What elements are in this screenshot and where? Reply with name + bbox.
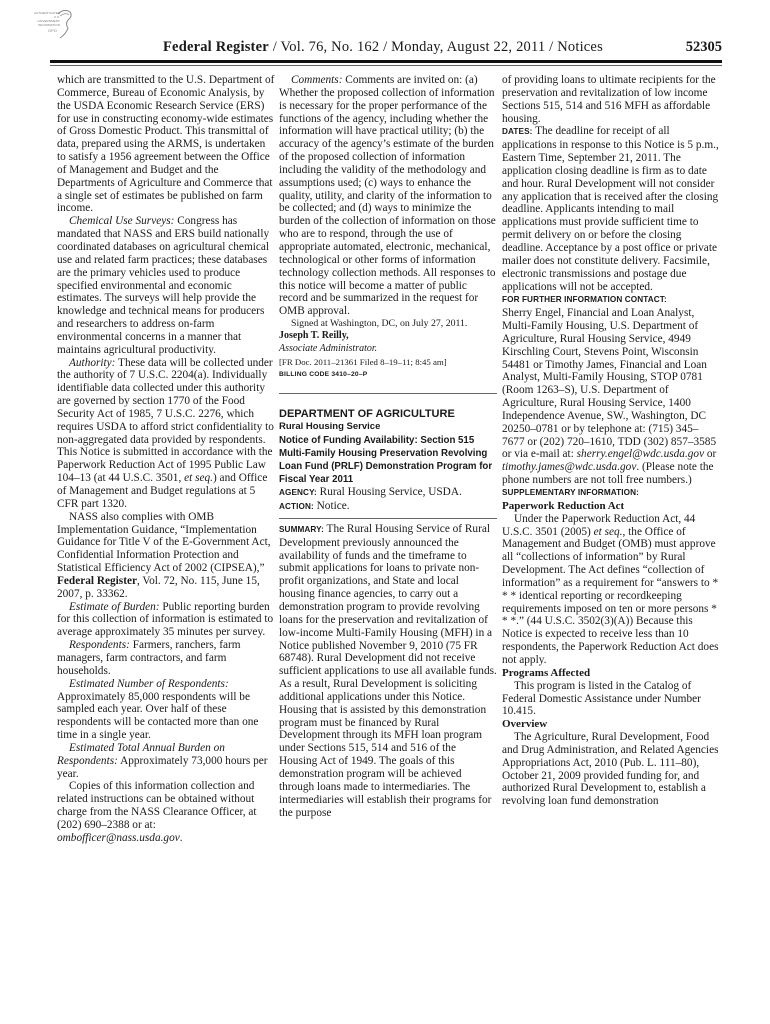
email-link[interactable]: sherry.engel@wdc.usda.gov [577, 448, 704, 460]
paragraph-omb-guidance: NASS also complies with OMB Implementati… [57, 511, 275, 601]
text: or [704, 448, 716, 460]
publication-name: Federal Register [163, 39, 269, 55]
paragraph-continued: of providing loans to ultimate recipient… [502, 74, 720, 125]
header-rule-thick [50, 60, 722, 63]
header-rule-thin [50, 65, 722, 66]
federal-register-ref: Federal Register [57, 575, 137, 587]
label: DATES: [502, 127, 532, 136]
signed-line: Signed at Washington, DC, on July 27, 20… [279, 318, 497, 330]
paragraph-summary: SUMMARY: The Rural Housing Service of Ru… [279, 523, 497, 819]
text: Rural Housing Service, USDA. [317, 486, 462, 498]
text: These data will be collected under the a… [57, 357, 274, 485]
label: Estimate of Burden: [69, 601, 160, 613]
summary-divider [279, 518, 497, 519]
text: The Rural Housing Service of Rural Devel… [279, 523, 497, 819]
agency-heading: Rural Housing Service [279, 421, 497, 434]
label: Estimated Number of Respondents: [69, 678, 229, 690]
gpo-authenticated-logo: AUTHENTICATED U.S. GOVERNMENT INFORMATIO… [34, 6, 78, 42]
paragraph-number-respondents: Estimated Number of Respondents: Approxi… [57, 678, 275, 742]
et-seq: et seq. [184, 472, 213, 484]
header-title: Federal Register / Vol. 76, No. 162 / Mo… [163, 39, 603, 56]
text: . [180, 832, 183, 844]
fr-doc-number: [FR Doc. 2011–21361 Filed 8–19–11; 8:45 … [279, 356, 497, 369]
paragraph-comments: Comments: Comments are invited on: (a) W… [279, 74, 497, 318]
text: NASS also complies with OMB Implementati… [57, 511, 271, 574]
eagle-icon [56, 8, 74, 40]
paragraph-annual-burden: Estimated Total Annual Burden on Respond… [57, 742, 275, 781]
label: SUMMARY: [279, 525, 324, 534]
text: Sherry Engel, Financial and Loan Analyst… [502, 307, 716, 460]
paragraph-dates: DATES: The deadline for receipt of all a… [502, 125, 720, 293]
text: Congress has mandated that NASS and ERS … [57, 215, 269, 355]
paragraph: which are transmitted to the U.S. Depart… [57, 74, 275, 215]
paragraph-chemical-use: Chemical Use Surveys: Congress has manda… [57, 215, 275, 356]
paragraph-programs: This program is listed in the Catalog of… [502, 680, 720, 719]
document-page: AUTHENTICATED U.S. GOVERNMENT INFORMATIO… [0, 0, 770, 1024]
agency-line: AGENCY: Rural Housing Service, USDA. [279, 486, 497, 500]
paragraph-authority: Authority: These data will be collected … [57, 357, 275, 511]
text: The deadline for receipt of all applicat… [502, 125, 719, 292]
department-heading: DEPARTMENT OF AGRICULTURE [279, 408, 497, 421]
column-middle: Comments: Comments are invited on: (a) W… [279, 74, 497, 819]
label: ACTION: [279, 502, 314, 511]
action-line: ACTION: Notice. [279, 500, 497, 514]
paragraph-respondents: Respondents: Farmers, ranchers, farm man… [57, 639, 275, 678]
label: Respondents: [69, 639, 130, 651]
supplementary-label: SUPPLEMENTARY INFORMATION: [502, 487, 720, 500]
email-link[interactable]: timothy.james@wdc.usda.gov [502, 461, 636, 473]
label: FOR FURTHER INFORMATION CONTACT: [502, 295, 667, 304]
email-link[interactable]: ombofficer@nass.usda.gov [57, 832, 180, 844]
text: Copies of this information collection an… [57, 780, 257, 831]
page-number: 52305 [686, 39, 722, 56]
issue-details: / Vol. 76, No. 162 / Monday, August 22, … [269, 39, 603, 55]
heading-overview: Overview [502, 718, 720, 731]
signer-name: Joseph T. Reilly, [279, 330, 497, 343]
text: Notice. [314, 500, 350, 512]
section-divider [279, 393, 497, 394]
label: Comments: [291, 74, 342, 86]
paragraph-pra: Under the Paperwork Reduction Act, 44 U.… [502, 513, 720, 667]
heading-programs-affected: Programs Affected [502, 667, 720, 680]
signer-title: Associate Administrator. [279, 343, 497, 356]
text: Comments are invited on: (a) Whether the… [279, 74, 496, 317]
label: Authority: [69, 357, 115, 369]
paragraph-burden: Estimate of Burden: Public reporting bur… [57, 601, 275, 640]
billing-code: BILLING CODE 3410–20–P [279, 369, 497, 382]
paragraph-overview: The Agriculture, Rural Development, Food… [502, 731, 720, 808]
text: Approximately 85,000 respondents will be… [57, 691, 258, 742]
label: Chemical Use Surveys: [69, 215, 174, 227]
column-right: of providing loans to ultimate recipient… [502, 74, 720, 808]
text: , the Office of Management and Budget (O… [502, 526, 718, 666]
paragraph-copies: Copies of this information collection an… [57, 780, 275, 844]
column-left: which are transmitted to the U.S. Depart… [57, 74, 275, 845]
label: AGENCY: [279, 488, 317, 497]
heading-paperwork-reduction: Paperwork Reduction Act [502, 500, 720, 513]
notice-title: Notice of Funding Availability: Section … [279, 434, 497, 486]
page-header: Federal Register / Vol. 76, No. 162 / Mo… [50, 39, 722, 57]
paragraph-contact: FOR FURTHER INFORMATION CONTACT: Sherry … [502, 293, 720, 487]
et-seq: et seq. [594, 526, 623, 538]
